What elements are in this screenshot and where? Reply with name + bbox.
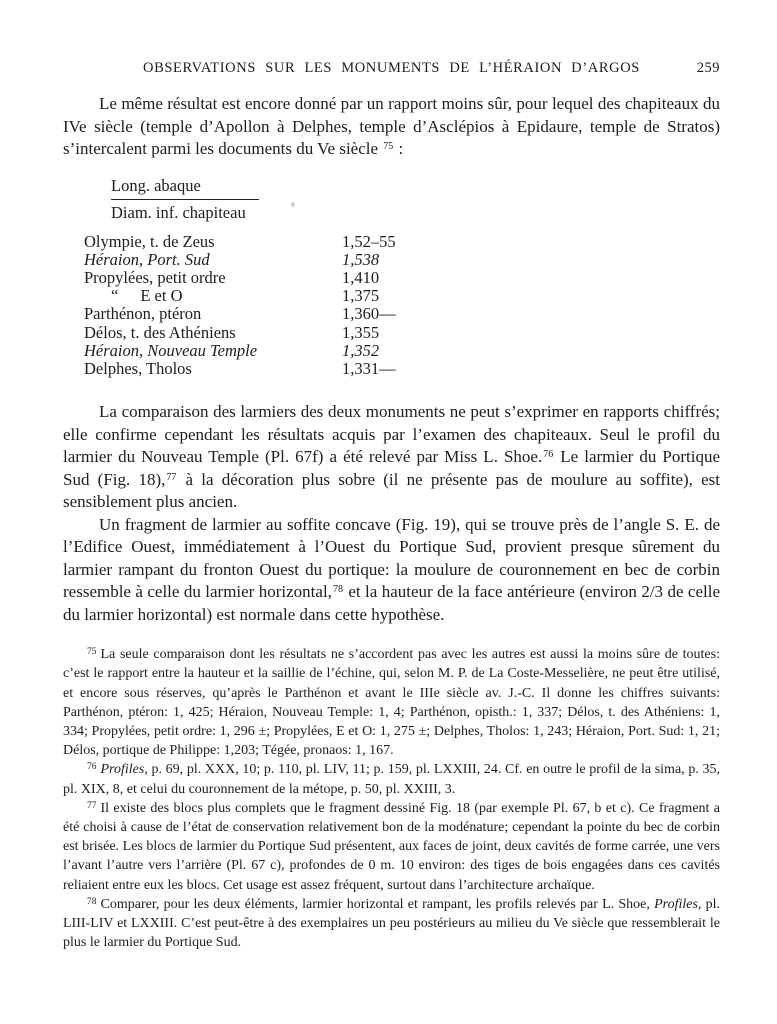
footnote-76-work-title: Profiles bbox=[101, 762, 145, 777]
paragraph-comparison: La comparaison des larmiers des deux mon… bbox=[63, 401, 720, 514]
table-row: Héraion, Port. Sud 1,538 bbox=[84, 251, 720, 269]
row-label: Délos, t. des Athéniens bbox=[84, 324, 342, 342]
row-label: Propylées, petit ordre bbox=[84, 269, 342, 287]
ratio-header: Long. abaque Diam. inf. chapiteau bbox=[111, 176, 720, 223]
row-label: Olympie, t. de Zeus bbox=[84, 233, 342, 251]
ditto-mark: “ bbox=[111, 286, 118, 305]
ratio-table: Long. abaque Diam. inf. chapiteau Olympi… bbox=[84, 176, 720, 379]
footnote-77: 77Il existe des blocs plus complets que … bbox=[63, 799, 720, 895]
page-header: OBSERVATIONS SUR LES MONUMENTS DE L’HÉRA… bbox=[63, 60, 720, 78]
footnote-78-number: 78 bbox=[87, 897, 97, 907]
row-value: 1,352 bbox=[342, 342, 379, 360]
document-page: OBSERVATIONS SUR LES MONUMENTS DE L’HÉRA… bbox=[0, 0, 777, 1024]
footnotes-section: 75La seule comparaison dont les résultat… bbox=[63, 645, 720, 952]
row-label-text: E et O bbox=[140, 286, 182, 305]
footnote-77-number: 77 bbox=[87, 801, 97, 811]
table-row: Delphes, Tholos 1,331— bbox=[84, 360, 720, 378]
footnote-78-text-1: Comparer, pour les deux éléments, larmie… bbox=[101, 897, 655, 912]
row-value: 1,52–55 bbox=[342, 233, 396, 251]
table-row: “E et O 1,375 bbox=[84, 287, 720, 305]
footnote-75-number: 75 bbox=[87, 647, 97, 657]
row-value: 1,410 bbox=[342, 269, 379, 287]
row-label: Héraion, Nouveau Temple bbox=[84, 342, 342, 360]
row-value: 1,538 bbox=[342, 251, 379, 269]
footnote-ref-76: 76 bbox=[542, 449, 554, 460]
table-row: Olympie, t. de Zeus 1,52–55 bbox=[84, 233, 720, 251]
footnote-ref-75: 75 bbox=[382, 141, 394, 152]
row-label: Parthénon, ptéron bbox=[84, 305, 342, 323]
table-row: Héraion, Nouveau Temple 1,352 bbox=[84, 342, 720, 360]
table-row: Parthénon, ptéron 1,360— bbox=[84, 305, 720, 323]
paragraph-intro-tail: : bbox=[394, 139, 403, 158]
ratio-denominator: Diam. inf. chapiteau bbox=[111, 200, 720, 223]
footnote-77-text: Il existe des blocs plus complets que le… bbox=[63, 801, 720, 893]
scan-speck bbox=[291, 202, 295, 207]
footnote-76: 76Profiles, p. 69, pl. XXX, 10; p. 110, … bbox=[63, 760, 720, 798]
footnote-75-text: La seule comparaison dont les résultats … bbox=[63, 647, 720, 758]
table-row: Propylées, petit ordre 1,410 bbox=[84, 269, 720, 287]
running-title: OBSERVATIONS SUR LES MONUMENTS DE L’HÉRA… bbox=[143, 60, 640, 76]
row-value: 1,375 bbox=[342, 287, 379, 305]
footnote-75: 75La seule comparaison dont les résultat… bbox=[63, 645, 720, 760]
page-number: 259 bbox=[697, 60, 720, 77]
footnote-ref-77: 77 bbox=[165, 472, 177, 483]
table-row: Délos, t. des Athéniens 1,355 bbox=[84, 324, 720, 342]
row-label: Delphes, Tholos bbox=[84, 360, 342, 378]
footnote-78: 78Comparer, pour les deux éléments, larm… bbox=[63, 895, 720, 953]
row-value: 1,331— bbox=[342, 360, 396, 378]
footnote-76-text: , p. 69, pl. XXX, 10; p. 110, pl. LIV, 1… bbox=[63, 762, 720, 796]
row-value: 1,360— bbox=[342, 305, 396, 323]
ratio-numerator: Long. abaque bbox=[111, 176, 259, 200]
footnote-76-number: 76 bbox=[87, 762, 97, 772]
row-value: 1,355 bbox=[342, 324, 379, 342]
row-label: “E et O bbox=[84, 287, 342, 305]
paragraph-fragment: Un fragment de larmier au soffite concav… bbox=[63, 514, 720, 627]
row-label: Héraion, Port. Sud bbox=[84, 251, 342, 269]
footnote-ref-78: 78 bbox=[332, 584, 344, 595]
footnote-78-work-title: Profiles bbox=[654, 897, 698, 912]
paragraph-intro: Le même résultat est encore donné par un… bbox=[63, 93, 720, 161]
